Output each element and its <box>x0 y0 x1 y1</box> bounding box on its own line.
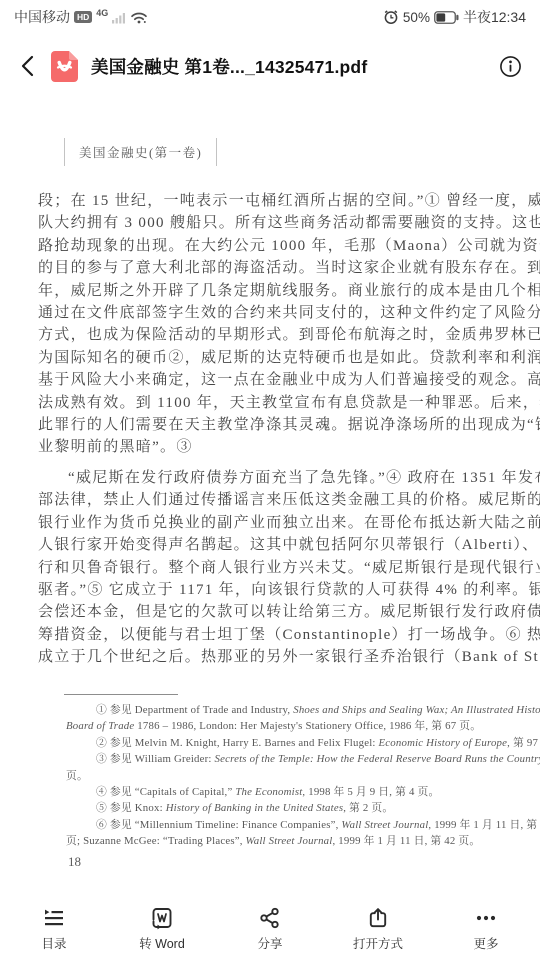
pdf-text-line: 会偿还本金，但是它的欠款可以转让给第三方。威尼斯银行发行政府债券来 <box>38 601 540 623</box>
toolbar-item-open-with[interactable]: 打开方式 <box>324 898 432 960</box>
footnote-line: 页。 <box>66 768 540 784</box>
status-left-cluster: 中国移动 HD 4G <box>14 7 148 27</box>
pdf-text-line: 队大约拥有 3 000 艘船只。所有这些商务活动都需要融资的支持。这也导致拦 <box>38 212 540 234</box>
pdf-text-line: 行和贝鲁奇银行。整个商人银行业方兴未艾。“威尼斯银行是现代银行业的先 <box>38 557 540 579</box>
wifi-icon <box>130 10 148 24</box>
pdf-text-line: 成立于几个世纪之后。热那亚的另外一家银行圣乔治银行（Bank of St. <box>38 646 540 668</box>
pdf-text-line: 通过在文件底部签字生效的合约来共同支付的，这种文件约定了风险分担的 <box>38 302 540 324</box>
pdf-text-line: 此罪行的人们需要在天主教堂净涤其灵魂。据说净涤场所的出现成为“银行 <box>38 414 540 436</box>
toolbar-label-share: 分享 <box>257 934 282 952</box>
signal-bars-icon <box>112 11 126 24</box>
open-with-icon <box>366 906 390 930</box>
toolbar-label-open-with: 打开方式 <box>353 934 403 952</box>
body-paragraph-1: 段；在 15 世纪，一吨表示一屯桶红酒所占据的空间。”① 曾经一度，威尼斯商队大… <box>38 190 540 459</box>
document-title: 美国金融史 第1卷..._14325471.pdf <box>91 54 486 79</box>
screen: { "status_bar": { "carrier": "中国移动", "hd… <box>0 0 540 960</box>
carrier-label: 中国移动 <box>14 7 70 27</box>
hd-badge: HD <box>74 11 92 23</box>
battery-percent-label: 50% <box>403 10 430 25</box>
battery-icon <box>434 11 459 24</box>
toolbar-label-contents: 目录 <box>41 934 66 952</box>
pdf-text-line: 驱者。”⑤ 它成立于 1171 年，向该银行贷款的人可获得 4% 的利率。银行并… <box>38 579 540 601</box>
pdf-text-line: 路抢劫现象的出现。在大约公元 1000 年，毛那（Maona）公司就为资金筹措 <box>38 235 540 257</box>
footnote-line: ④ 参见 “Capitals of Capital,” The Economis… <box>66 784 540 800</box>
footnote-separator <box>64 694 178 695</box>
pdf-text-line: 段；在 15 世纪，一吨表示一屯桶红酒所占据的空间。”① 曾经一度，威尼斯商 <box>38 190 540 212</box>
pdf-text-line: 基于风险大小来确定，这一点在金融业中成为人们普遍接受的观念。高利贷 <box>38 369 540 391</box>
pdf-text-line: 年，威尼斯之外开辟了几条定期航线服务。商业旅行的成本是由几个相关方 <box>38 280 540 302</box>
status-right-cluster: 50% 半夜12:34 <box>383 7 526 27</box>
footnote-line: Board of Trade 1786 – 1986, London: Her … <box>66 718 540 734</box>
footnote-line: ② 参见 Melvin M. Knight, Harry E. Barnes a… <box>66 735 540 751</box>
pdf-text-line: 筹措资金，以便能与君士坦丁堡（Constantinople）打一场战争。⑥ 热那… <box>38 624 540 646</box>
footnote-line: ⑤ 参见 Knox: History of Banking in the Uni… <box>66 800 540 816</box>
toolbar-item-contents[interactable]: 目录 <box>0 898 108 960</box>
network-type-label: 4G <box>96 8 108 18</box>
running-head: 美国金融史(第一卷) <box>64 138 217 166</box>
pdf-text-line: 部法律，禁止人们通过传播谣言来压低这类金融工具的价格。威尼斯的私人 <box>38 489 540 511</box>
toolbar-item-convert-word[interactable]: 转 Word <box>108 898 216 960</box>
pdf-page-view[interactable]: 美国金融史(第一卷) 段；在 15 世纪，一吨表示一屯桶红酒所占据的空间。”① … <box>0 98 540 898</box>
word-convert-icon <box>150 906 174 930</box>
toolbar-item-more[interactable]: 更多 <box>432 898 540 960</box>
info-button[interactable] <box>499 55 522 78</box>
body-paragraph-2: “威尼斯在发行政府债券方面充当了急先锋。”④ 政府在 1351 年发布了一部法律… <box>38 467 540 669</box>
more-icon <box>474 906 498 930</box>
app-header: 美国金融史 第1卷..._14325471.pdf <box>0 34 540 98</box>
pdf-text-line: “威尼斯在发行政府债券方面充当了急先锋。”④ 政府在 1351 年发布了一 <box>38 467 540 489</box>
footnote-line: ⑥ 参见 “Millennium Timeline: Finance Compa… <box>66 817 540 833</box>
footnote-line: 页; Suzanne McGee: “Trading Places”, Wall… <box>66 833 540 849</box>
page-number: 18 <box>68 854 81 870</box>
footnote-line: ① 参见 Department of Trade and Industry, S… <box>66 702 540 718</box>
toolbar-label-more: 更多 <box>473 934 498 952</box>
pdf-text-line: 银行业作为货币兑换业的副产业而独立出来。在哥伦布抵达新大陆之前，商 <box>38 512 540 534</box>
bottom-toolbar: 目录 转 Word 分享 <box>0 898 540 960</box>
footnotes-block: ① 参见 Department of Trade and Industry, S… <box>66 702 540 850</box>
pdf-text-line: 业黎明前的黑暗”。③ <box>38 436 540 458</box>
share-icon <box>258 906 282 930</box>
pdf-text-line: 人银行家开始变得声名鹊起。这其中就包括阿尔贝蒂银行（Alberti）、巴蒂银 <box>38 534 540 556</box>
alarm-clock-icon <box>383 9 399 25</box>
toc-icon <box>42 906 66 930</box>
toolbar-item-share[interactable]: 分享 <box>216 898 324 960</box>
pdf-file-icon <box>51 51 78 82</box>
status-bar: 中国移动 HD 4G <box>0 0 540 34</box>
footnote-line: ③ 参见 William Greider: Secrets of the Tem… <box>66 751 540 767</box>
clock-label: 半夜12:34 <box>463 7 526 27</box>
pdf-text-line: 的目的参与了意大利北部的海盗活动。当时这家企业就有股东存在。到 1400 <box>38 257 540 279</box>
back-button[interactable] <box>18 52 38 80</box>
toolbar-label-convert-word: 转 Word <box>139 934 185 952</box>
pdf-text-line: 方式，也成为保险活动的早期形式。到哥伦布航海之时，金质弗罗林已经成 <box>38 324 540 346</box>
pdf-text-line: 为国际知名的硬币②，威尼斯的达克特硬币也是如此。贷款利率和利润水平都 <box>38 347 540 369</box>
pdf-text-line: 法成熟有效。到 1100 年，天主教堂宣布有息贷款是一种罪恶。后来，犯下如 <box>38 392 540 414</box>
